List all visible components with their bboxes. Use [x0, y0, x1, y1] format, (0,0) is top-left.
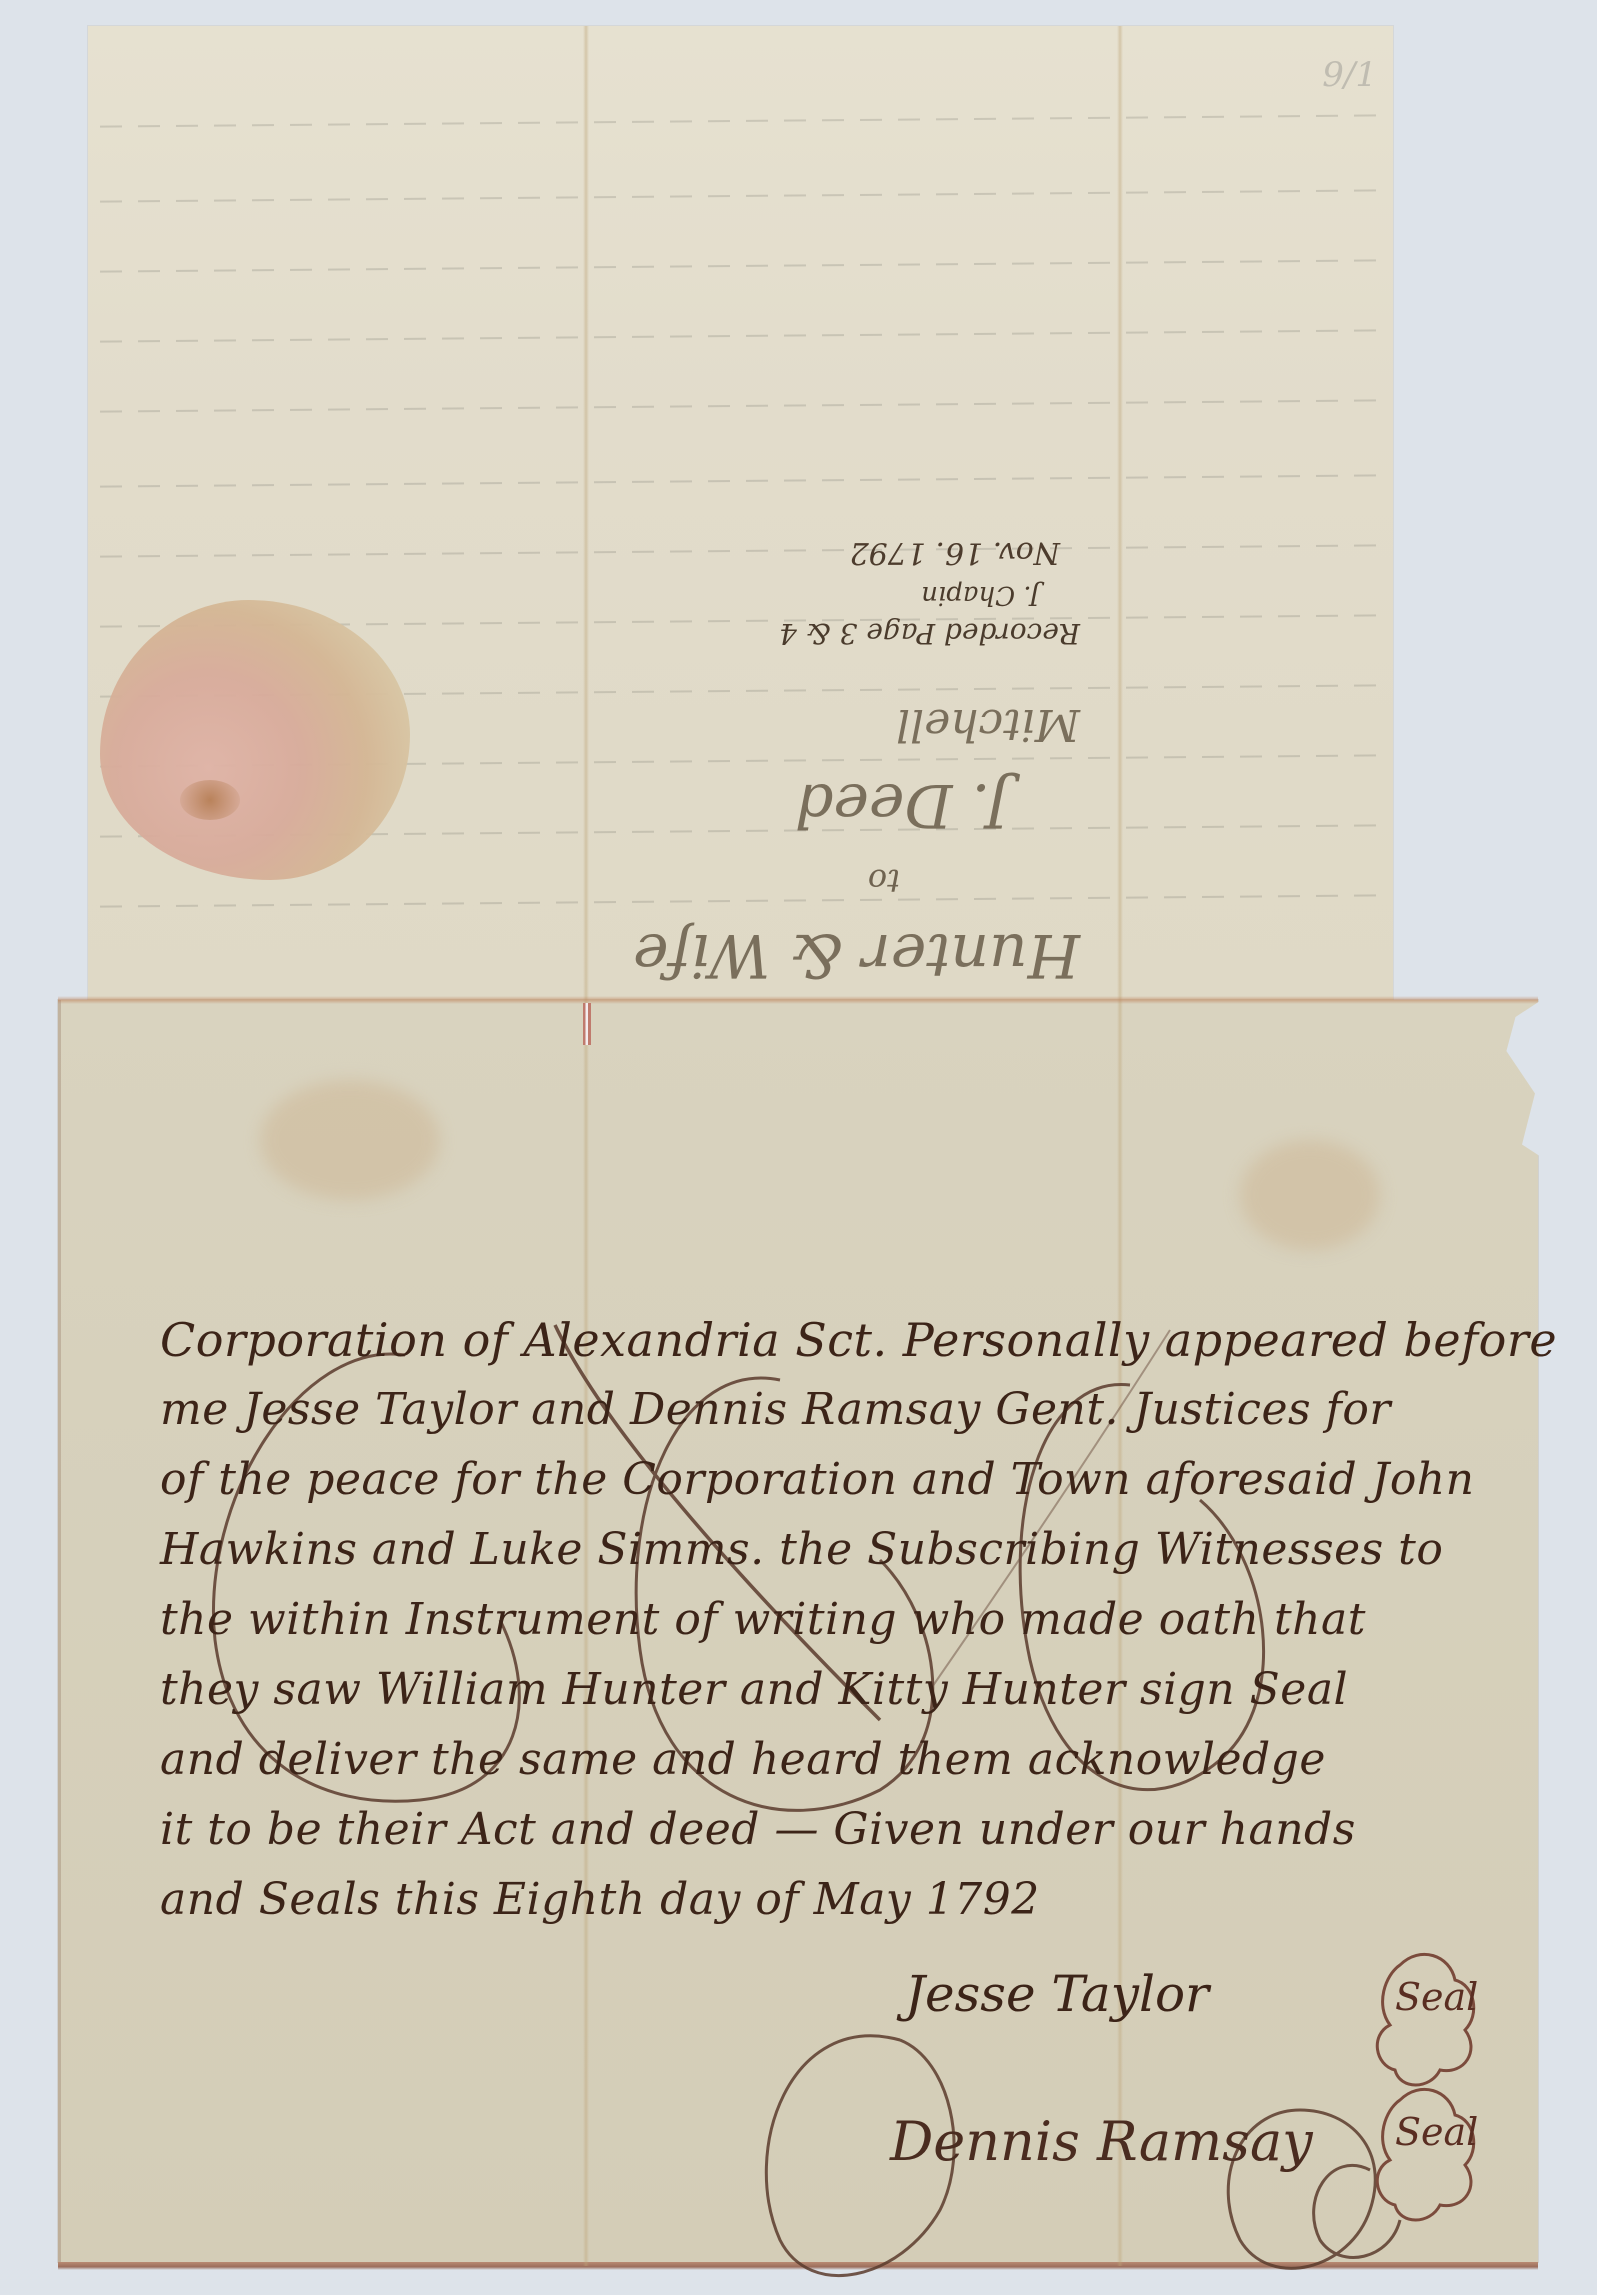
- text-line: Hawkins and Luke Simms. the Subscribing …: [160, 1515, 1540, 1585]
- text-line: the within Instrument of writing who mad…: [160, 1585, 1540, 1655]
- text-line: and Seals this Eighth day of May 1792: [160, 1865, 1540, 1935]
- ribbon-remnant: [583, 1003, 591, 1045]
- docket-line: Mitchell: [896, 699, 1080, 750]
- acknowledgment-text: Corporation of Alexandria Sct. Personall…: [160, 1305, 1540, 1935]
- signature-dennis-ramsay: Dennis Ramsay: [890, 2110, 1313, 2173]
- seal-mark: Seal: [1395, 1975, 1478, 2019]
- bottom-edge-discoloration: [58, 2262, 1538, 2270]
- left-edge-fold: [58, 1000, 61, 2262]
- docket: Hunter & Wife to J. Deed Mitchell Record…: [600, 470, 1100, 1010]
- text-line: and deliver the same and heard them ackn…: [160, 1725, 1540, 1795]
- text-line: of the peace for the Corporation and Tow…: [160, 1445, 1540, 1515]
- text-line: they saw William Hunter and Kitty Hunter…: [160, 1655, 1540, 1725]
- seal-stain: [180, 780, 240, 820]
- paper-stain: [1240, 1140, 1380, 1250]
- docket-line: to: [868, 862, 900, 900]
- docket-line: J. Deed: [795, 770, 1010, 840]
- docket-line: Recorded Page 3 & 4: [779, 617, 1080, 650]
- docket-line: J. Chapin: [921, 580, 1040, 610]
- docket-line: Hunter & Wife: [633, 920, 1080, 990]
- text-line: it to be their Act and deed — Given unde…: [160, 1795, 1540, 1865]
- text-line: Corporation of Alexandria Sct. Personall…: [160, 1305, 1540, 1375]
- seal-mark: Seal: [1395, 2110, 1478, 2154]
- wax-seal-residue: [100, 600, 410, 880]
- corner-note: 9/1: [1322, 55, 1377, 95]
- text-line: me Jesse Taylor and Dennis Ramsay Gent. …: [160, 1375, 1540, 1445]
- document-sheet: 9/1 Hunter & Wife to J. Deed Mitchell Re…: [0, 0, 1597, 2295]
- docket-line: Nov. 16. 1792: [850, 535, 1060, 570]
- paper-stain: [260, 1080, 440, 1200]
- signature-jesse-taylor: Jesse Taylor: [905, 1965, 1209, 2023]
